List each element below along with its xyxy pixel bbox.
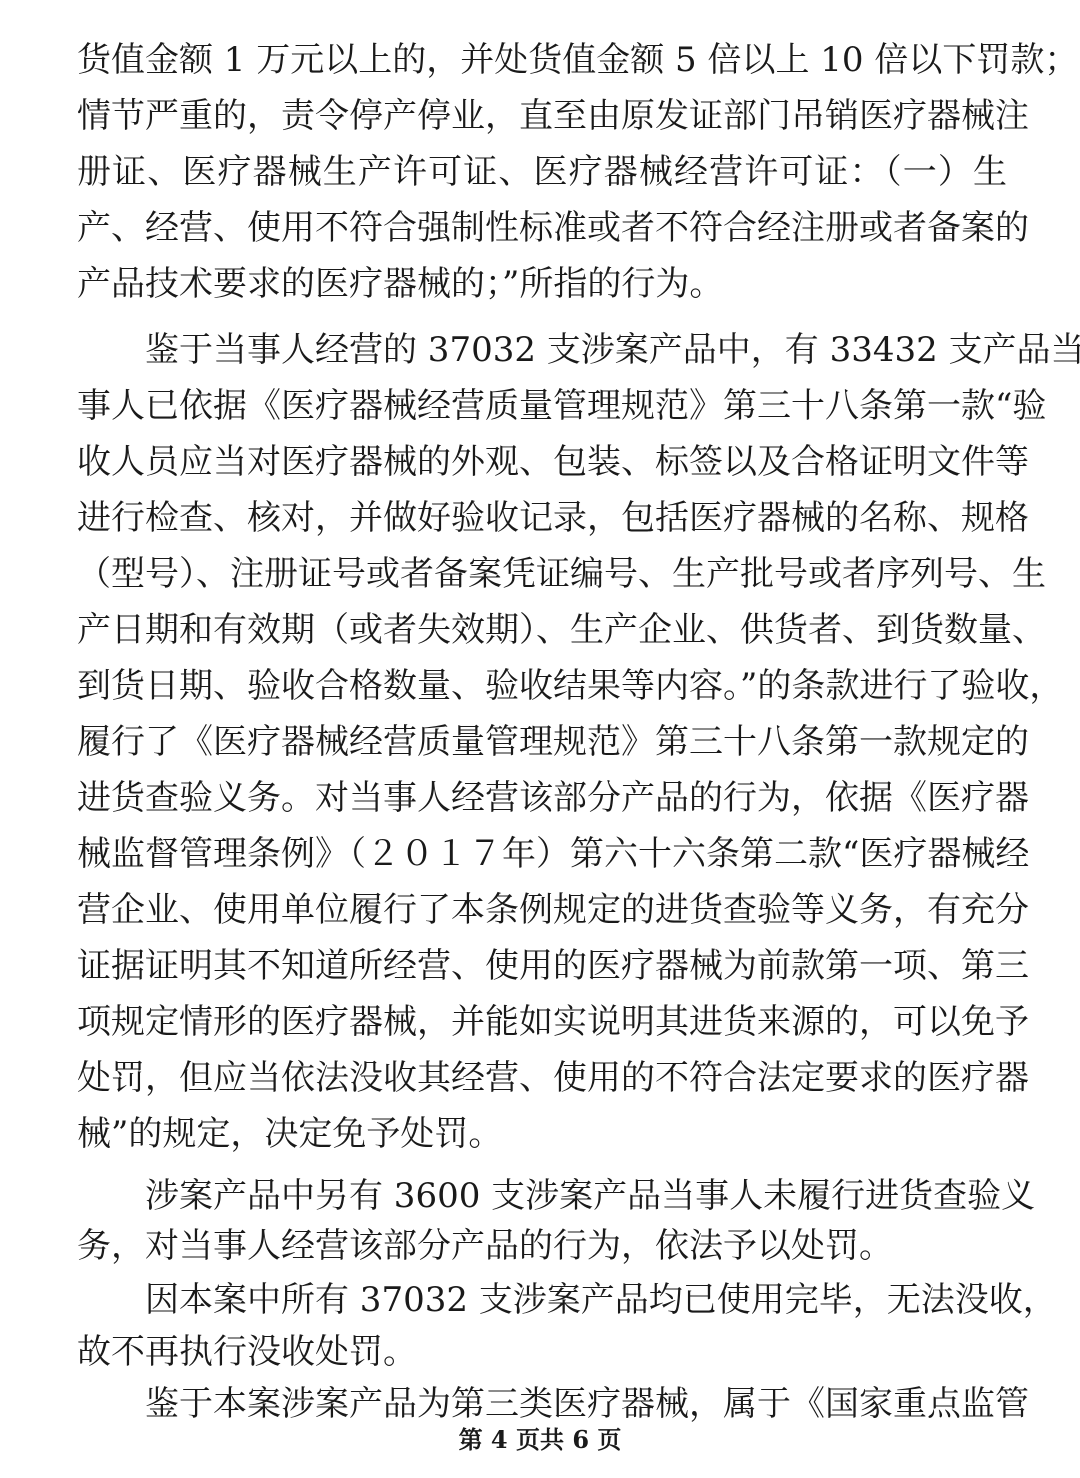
paragraph-2-line-13: 项规定情形的医疗器械，并能如实说明其进货来源的，可以免予 — [77, 994, 1007, 1050]
paragraph-2-line-12: 证据证明其不知道所经营、使用的医疗器械为前款第一项、第三 — [77, 938, 1007, 994]
paragraph-4-line-1: 因本案中所有 37032 支涉案产品均已使用完毕，无法没收， — [145, 1272, 1007, 1328]
paragraph-3-line-2: 务，对当事人经营该部分产品的行为，依法予以处罚。 — [77, 1218, 1007, 1274]
page-number-footer: 第 4 页共 6 页 — [0, 1420, 1080, 1455]
paragraph-2-line-4: 进行检查、核对，并做好验收记录，包括医疗器械的名称、规格 — [77, 490, 1007, 546]
paragraph-2-line-2: 事人已依据《医疗器械经营质量管理规范》第三十八条第一款“验 — [77, 378, 1007, 434]
paragraph-1-line-4: 产、经营、使用不符合强制性标准或者不符合经注册或者备案的 — [77, 200, 1007, 256]
paragraph-2-line-9: 进货查验义务。对当事人经营该部分产品的行为，依据《医疗器 — [77, 770, 1007, 826]
paragraph-1-line-3: 册证、医疗器械生产许可证、医疗器械经营许可证：（一）生 — [77, 144, 1007, 200]
paragraph-1-line-2: 情节严重的，责令停产停业，直至由原发证部门吊销医疗器械注 — [77, 88, 1007, 144]
paragraph-2-line-14: 处罚，但应当依法没收其经营、使用的不符合法定要求的医疗器 — [77, 1050, 1007, 1106]
paragraph-4-line-2: 故不再执行没收处罚。 — [77, 1324, 1007, 1380]
paragraph-2-line-1: 鉴于当事人经营的 37032 支涉案产品中，有 33432 支产品当 — [145, 322, 1007, 378]
paragraph-2-line-10: 械监督管理条例》（２０１７年）第六十六条第二款“医疗器械经 — [77, 826, 1007, 882]
paragraph-2-line-5: （型号）、注册证号或者备案凭证编号、生产批号或者序列号、生 — [77, 546, 1007, 602]
paragraph-1-line-5: 产品技术要求的医疗器械的；”所指的行为。 — [77, 256, 1007, 312]
paragraph-2-line-15: 械”的规定，决定免予处罚。 — [77, 1106, 1007, 1162]
paragraph-3-line-1: 涉案产品中另有 3600 支涉案产品当事人未履行进货查验义 — [145, 1168, 1007, 1224]
paragraph-2-line-6: 产日期和有效期（或者失效期）、生产企业、供货者、到货数量、 — [77, 602, 1007, 658]
paragraph-2-line-8: 履行了《医疗器械经营质量管理规范》第三十八条第一款规定的 — [77, 714, 1007, 770]
paragraph-2-line-3: 收人员应当对医疗器械的外观、包装、标签以及合格证明文件等 — [77, 434, 1007, 490]
paragraph-1-line-1: 货值金额 1 万元以上的，并处货值金额 5 倍以上 10 倍以下罚款； — [77, 32, 1007, 88]
paragraph-2-line-11: 营企业、使用单位履行了本条例规定的进货查验等义务，有充分 — [77, 882, 1007, 938]
paragraph-2-line-7: 到货日期、验收合格数量、验收结果等内容。”的条款进行了验收， — [77, 658, 1007, 714]
